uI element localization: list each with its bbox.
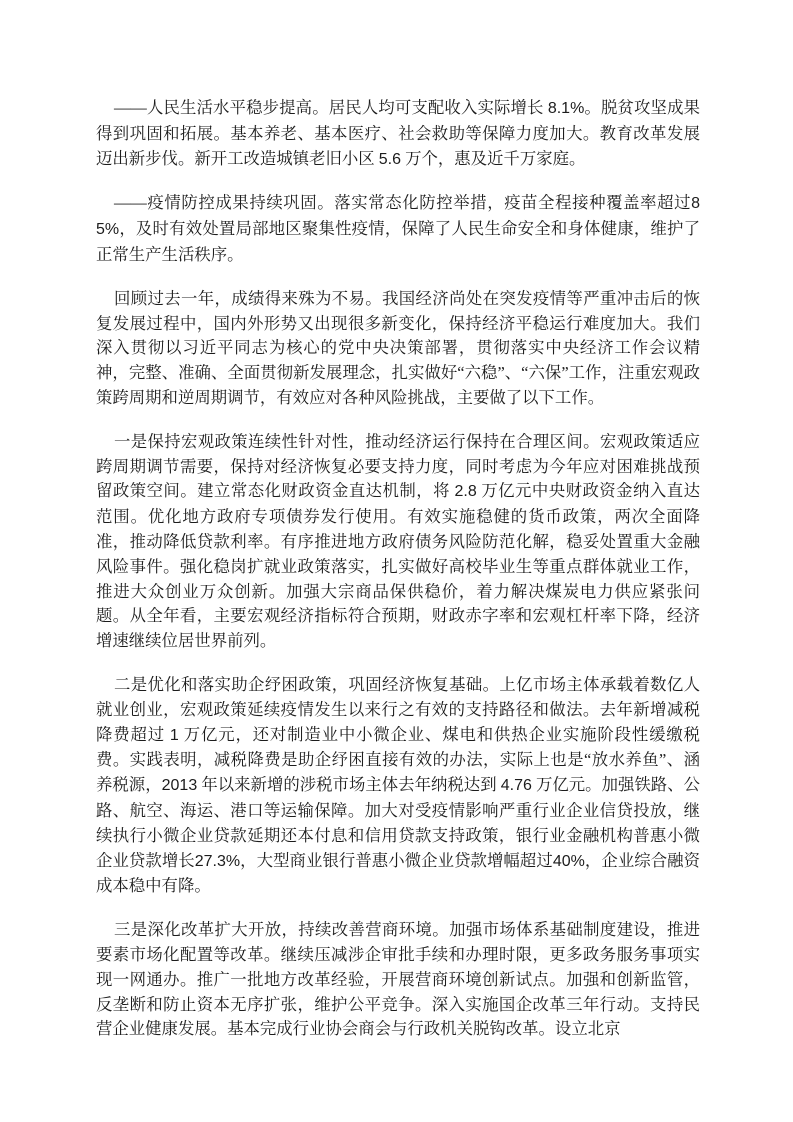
paragraph-point-2-enterprise-relief: 二是优化和落实助企纾困政策，巩固经济恢复基础。上亿市场主体承载着数亿人就业创业，… bbox=[96, 673, 700, 899]
paragraph-covid-control: ——疫情防控成果持续巩固。落实常态化防控举措，疫苗全程接种覆盖率超过85%，及时… bbox=[96, 191, 700, 267]
document-page: ——人民生活水平稳步提高。居民人均可支配收入实际增长 8.1%。脱贫攻坚成果得到… bbox=[0, 0, 793, 1122]
paragraph-point-1-macro-policy: 一是保持宏观政策连续性针对性，推动经济运行保持在合理区间。宏观政策适应跨周期调节… bbox=[96, 430, 700, 654]
paragraph-point-3-reform-opening: 三是深化改革扩大开放，持续改善营商环境。加强市场体系基础制度建设，推进要素市场化… bbox=[96, 918, 700, 1042]
paragraph-year-review: 回顾过去一年，成绩得来殊为不易。我国经济尚处在突发疫情等严重冲击后的恢复发展过程… bbox=[96, 287, 700, 411]
paragraph-living-standards: ——人民生活水平稳步提高。居民人均可支配收入实际增长 8.1%。脱贫攻坚成果得到… bbox=[96, 96, 700, 172]
